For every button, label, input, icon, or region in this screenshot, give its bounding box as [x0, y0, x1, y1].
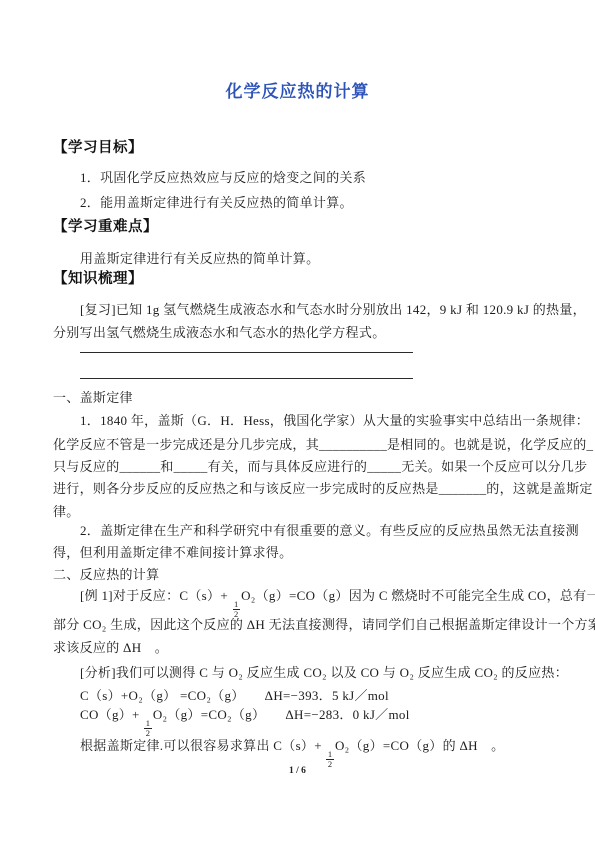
- answer-blank-line-1: [80, 352, 413, 353]
- hess-paragraph1-line2: 化学反应不管是一步完成还是分几步完成，其__________是相同的。也就是说，…: [53, 436, 593, 454]
- goal-item-1: 1．巩固化学反应热效应与反应的焓变之间的关系: [80, 169, 366, 187]
- example1-line3: 求该反应的 ΔH 。: [53, 639, 168, 657]
- conclusion-line: 根据盖斯定律.可以很容易求算出 C（s）+ 12O₂（g）=CO（g）的 ΔH …: [80, 737, 504, 769]
- page-number: 1 / 6: [0, 766, 595, 776]
- review-line-1: [复习]已知 1g 氢气燃烧生成液态水和气态水时分别放出 142，9 kJ 和 …: [80, 301, 586, 319]
- equation-1: C（s）+O₂（g） =CO₂（g） ΔH=−393．5 kJ／mol: [80, 687, 389, 705]
- example1-line1: [例 1]对于反应：C（s）+ 12O₂（g）=CO（g）因为 C 燃烧时不可能…: [80, 587, 595, 619]
- page-title: 化学反应热的计算: [0, 77, 595, 102]
- equation-2: CO（g）+ 12O₂（g）=CO₂（g） ΔH=−283．0 kJ／mol: [80, 706, 410, 738]
- knowledge-heading: 【知识梳理】: [53, 270, 143, 288]
- section-1-heading: 一、盖斯定律: [53, 389, 133, 407]
- hess-paragraph1-line4: 进行，则各分步反应的反应热之和与该反应一步完成时的反应热是_______的，这就…: [53, 480, 593, 498]
- section-2-heading: 二、反应热的计算: [53, 566, 159, 584]
- example1-line2: 部分 CO₂ 生成，因此这个反应的 ΔH 无法直接测得，请同学们自己根据盖斯定律…: [53, 616, 595, 634]
- key-points-text: 用盖斯定律进行有关反应热的简单计算。: [80, 250, 319, 268]
- key-points-heading: 【学习重难点】: [53, 218, 158, 236]
- hess-paragraph2-line2: 得，但利用盖斯定律不难间接计算求得。: [53, 544, 292, 562]
- fraction-one-half: 12: [144, 719, 152, 738]
- goal-item-2: 2．能用盖斯定律进行有关反应热的简单计算。: [80, 194, 353, 212]
- goals-heading: 【学习目标】: [53, 139, 143, 157]
- hess-paragraph1-line1: 1．1840 年，盖斯（G．H．Hess，俄国化学家）从大量的实验事实中总结出一…: [80, 412, 589, 430]
- hess-paragraph1-line3: 只与反应的______和_____有关，而与具体反应进行的_____无关。如果一…: [53, 458, 587, 476]
- hess-paragraph1-line5: 律。: [53, 503, 80, 521]
- answer-blank-line-2: [80, 378, 413, 379]
- analysis-line: [分析]我们可以测得 C 与 O₂ 反应生成 CO₂ 以及 CO 与 O₂ 反应…: [80, 664, 568, 682]
- hess-paragraph2-line1: 2．盖斯定律在生产和科学研究中有很重要的意义。有些反应的反应热虽然无法直接测: [80, 522, 579, 540]
- review-line-2: 分别写出氢气燃烧生成液态水和气态水的热化学方程式。: [53, 324, 386, 342]
- document-page: 化学反应热的计算 【学习目标】 1．巩固化学反应热效应与反应的焓变之间的关系 2…: [0, 0, 595, 841]
